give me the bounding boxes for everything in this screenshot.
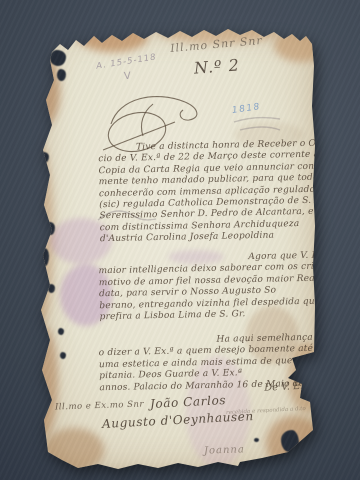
burn-hole: [290, 454, 303, 467]
document-number: N.º 2: [193, 56, 240, 77]
body-paragraph-2: Agora que V. Ex.ª me maior intelligencia…: [98, 251, 313, 324]
body-paragraph-1: Tive a distincta honra de Receber o Off …: [98, 139, 314, 246]
paper-surface: Ill.mo Snr Snr N.º 2 A. 15-5-118 V 1818 …: [38, 26, 322, 474]
valediction: De V. Ex.ª: [244, 380, 314, 395]
torn-bottom-text-fragment: Joanna: [204, 444, 245, 456]
archival-pencil-check: V: [124, 72, 132, 82]
burn-hole: [281, 430, 299, 452]
paper-sheet: Ill.mo Snr Snr N.º 2 A. 15-5-118 V 1818 …: [38, 26, 322, 474]
manuscript-photo: Ill.mo Snr Snr N.º 2 A. 15-5-118 V 1818 …: [0, 0, 360, 480]
